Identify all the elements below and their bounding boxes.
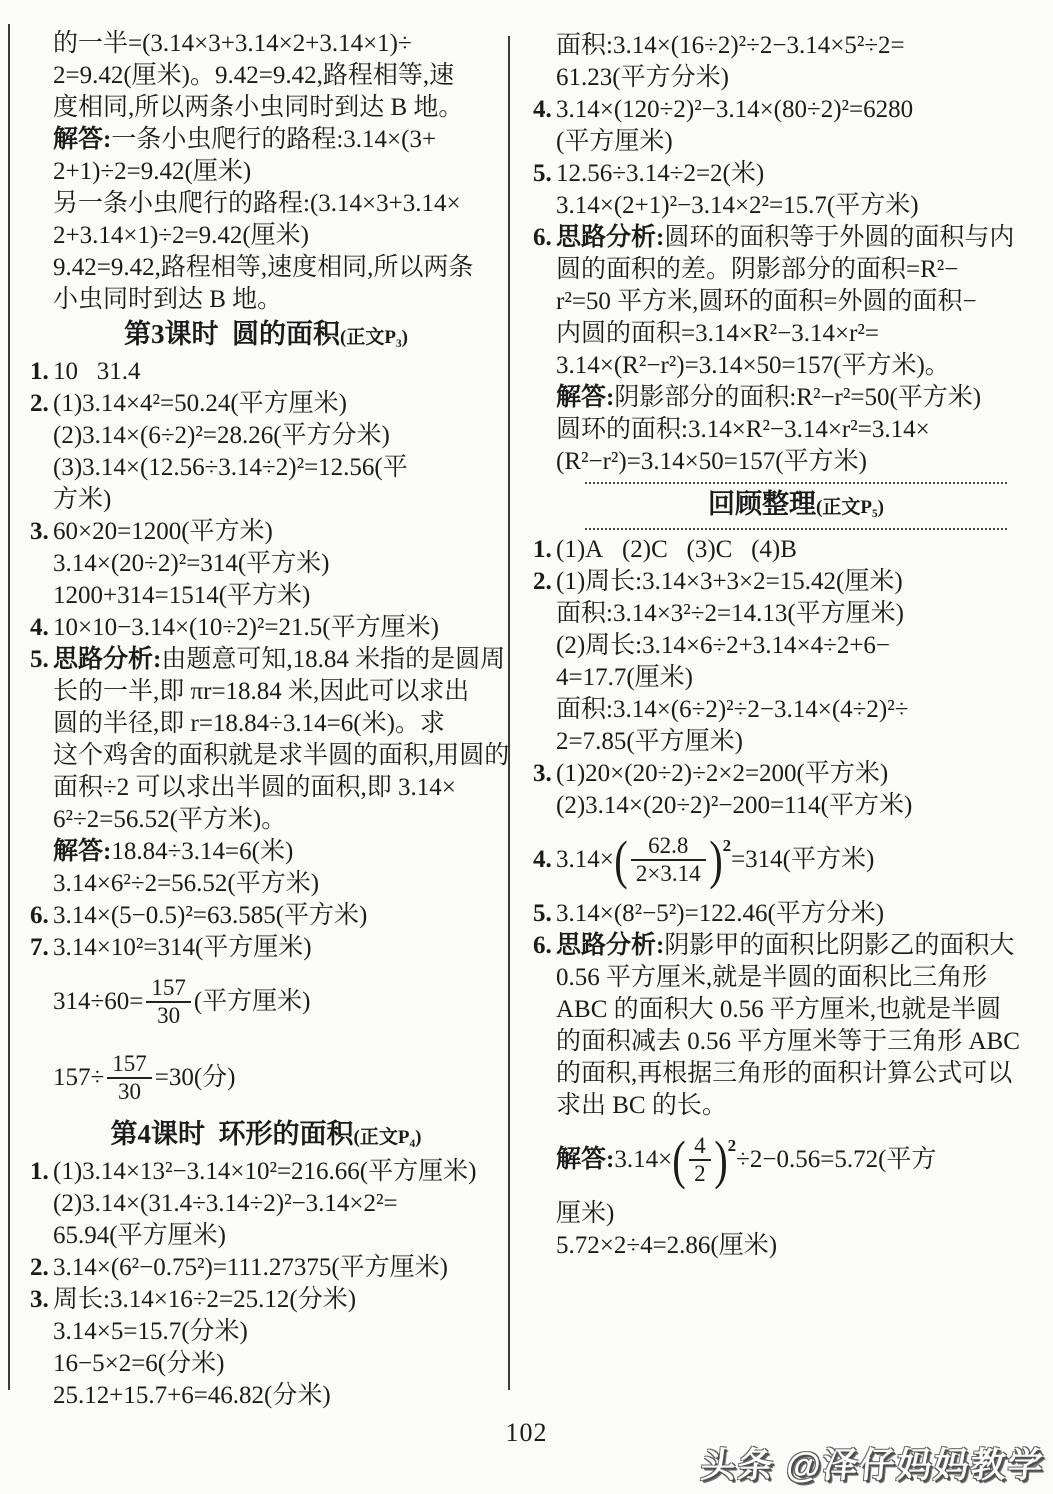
item-number: 4.	[30, 612, 53, 644]
text-run: 16−5×2=6(分米)	[53, 1350, 224, 1377]
text-run: 3.14×	[556, 844, 614, 876]
text-run: 2=7.85(平方厘米)	[556, 728, 743, 755]
answer-line: 解答:18.84÷3.14=6(米)	[30, 836, 502, 868]
section-header: 第4课时 环形的面积(正文P₄)	[30, 1116, 502, 1156]
answer-line: 3.周长:3.14×16÷2=25.12(分米)	[30, 1284, 502, 1316]
section-title: 第3课时 圆的面积	[124, 319, 340, 349]
text-run: 10×10−3.14×(10÷2)²=21.5(平方厘米)	[53, 614, 439, 641]
text-run: 面积÷2 可以求出半圆的面积,即 3.14×	[53, 774, 456, 801]
text-run: (平方厘米)	[194, 986, 311, 1018]
answer-line: 5.思路分析:由题意可知,18.84 米指的是圆周	[30, 644, 502, 676]
exponent: 2	[728, 1130, 737, 1162]
answer-line: 2+3.14×1)÷2=9.42(厘米)	[30, 220, 502, 252]
answer-line: 61.23(平方分米)	[533, 62, 1025, 94]
bold-label: 解答:	[53, 126, 111, 153]
text-run: (平方厘米)	[556, 128, 673, 155]
text-run: 面积:3.14×(16÷2)²÷2−3.14×5²÷2=	[556, 32, 905, 59]
answer-line: (R²−r²)=3.14×50=157(平方米)	[533, 446, 1025, 478]
answer-line: 2+1)÷2=9.42(厘米)	[30, 156, 502, 188]
text-run: =314(平方米)	[731, 844, 874, 876]
text-run: 3.14×(8²−5²)=122.46(平方分米)	[556, 900, 884, 927]
text-run: 长的一半,即 πr=18.84 米,因此可以求出	[53, 678, 469, 705]
text-run: 2+3.14×1)÷2=9.42(厘米)	[53, 222, 309, 249]
text-run: (3)3.14×(12.56÷3.14÷2)²=12.56(平	[53, 454, 408, 481]
text-run: 这个鸡舍的面积就是求半圆的面积,用圆的	[53, 742, 509, 769]
big-paren-left: (	[614, 833, 627, 887]
text-run: 3.14×6²÷2=56.52(平方米)	[53, 870, 319, 897]
text-run: 3.14×(5−0.5)²=63.585(平方米)	[53, 902, 367, 929]
text-run: 方米)	[53, 486, 111, 513]
text-run: 9.42=9.42,路程相等,速度相同,所以两条	[53, 254, 473, 281]
text-run: =30(分)	[155, 1062, 236, 1094]
fraction: 15730	[146, 975, 191, 1029]
answer-line: 3.14×(R²−r²)=3.14×50=157(平方米)。	[533, 350, 1025, 382]
answer-line: 长的一半,即 πr=18.84 米,因此可以求出	[30, 676, 502, 708]
text-run: 求出 BC 的长。	[556, 1092, 727, 1119]
answer-line: 6.思路分析:圆环的面积等于外圆的面积与内	[533, 222, 1025, 254]
big-paren-left: (	[672, 1133, 685, 1187]
section-page-ref: (正文P₃)	[340, 327, 408, 348]
text-run: 3.14×(20÷2)²=314(平方米)	[53, 550, 329, 577]
answer-line: 4=17.7(厘米)	[533, 662, 1025, 694]
answer-line: ABC 的面积大 0.56 平方厘米,也就是半圆	[533, 994, 1025, 1026]
bold-label: 解答:	[53, 838, 111, 865]
text-run: (2)3.14×(31.4÷3.14÷2)²−3.14×2²=	[53, 1190, 398, 1217]
text-run: (R²−r²)=3.14×50=157(平方米)	[556, 448, 867, 475]
text-run: 12.56÷3.14÷2=2(米)	[556, 160, 764, 187]
text-run: 0.56 平方厘米,就是半圆的面积比三角形	[556, 964, 987, 991]
text-run: 另一条小虫爬行的路程:(3.14×3+3.14×	[53, 190, 461, 217]
text-run: 1200+314=1514(平方米)	[53, 582, 310, 609]
answer-line: 4.3.14×(120÷2)²−3.14×(80÷2)²=6280	[533, 94, 1025, 126]
fraction-denominator: 30	[146, 1003, 191, 1029]
fraction-numerator: 4	[689, 1133, 711, 1161]
answer-line: 2.(1)3.14×4²=50.24(平方厘米)	[30, 388, 502, 420]
fraction: 42	[689, 1133, 711, 1187]
fraction: 15730	[107, 1051, 152, 1105]
answer-line: 5.3.14×(8²−5²)=122.46(平方分米)	[533, 898, 1025, 930]
text-run: 的面积,再根据三角形的面积计算公式可以	[556, 1060, 1012, 1087]
answer-line: (2)3.14×(6÷2)²=28.26(平方分米)	[30, 420, 502, 452]
item-number: 6.	[533, 222, 556, 254]
answer-line: (3)3.14×(12.56÷3.14÷2)²=12.56(平	[30, 452, 502, 484]
answer-line: 5.72×2÷4=2.86(厘米)	[533, 1230, 1025, 1262]
left-column: 的一半=(3.14×3+3.14×2+3.14×1)÷2=9.42(厘米)。9.…	[30, 28, 502, 1412]
text-run: ABC 的面积大 0.56 平方厘米,也就是半圆	[556, 996, 1001, 1023]
answer-line: 2=9.42(厘米)。9.42=9.42,路程相等,速	[30, 60, 502, 92]
answer-line: 面积÷2 可以求出半圆的面积,即 3.14×	[30, 772, 502, 804]
answer-line: 314÷60=15730(平方厘米)	[30, 964, 502, 1040]
text-run: 的一半=(3.14×3+3.14×2+3.14×1)÷	[53, 30, 412, 57]
item-number: 1.	[30, 1156, 53, 1188]
answer-line: 3.(1)20×(20÷2)÷2×2=200(平方米)	[533, 758, 1025, 790]
text-run: 由题意可知,18.84 米指的是圆周	[161, 646, 505, 673]
text-run: r²=50 平方米,圆环的面积=外圆的面积−	[556, 288, 977, 315]
answer-line: 方米)	[30, 484, 502, 516]
item-number: 3.	[533, 758, 556, 790]
exponent: 2	[723, 830, 732, 862]
section-page-ref: (正文P₄)	[354, 1127, 422, 1148]
answer-line: 6²÷2=56.52(平方米)。	[30, 804, 502, 836]
text-run: 阴影甲的面积比阴影乙的面积大	[664, 932, 1014, 959]
answer-line: 小虫同时到达 B 地。	[30, 284, 502, 316]
item-number: 1.	[30, 356, 53, 388]
section-header: 回顾整理(正文P₅)	[585, 482, 1007, 530]
section-header: 第3课时 圆的面积(正文P₃)	[30, 316, 502, 356]
text-run: 圆的半径,即 r=18.84÷3.14=6(米)。求	[53, 710, 445, 737]
text-run: 5.72×2÷4=2.86(厘米)	[556, 1232, 777, 1259]
text-run: (1)3.14×13²−3.14×10²=216.66(平方厘米)	[53, 1158, 476, 1185]
item-number: 5.	[533, 898, 556, 930]
fraction-numerator: 157	[146, 975, 191, 1003]
answer-line: 9.42=9.42,路程相等,速度相同,所以两条	[30, 252, 502, 284]
item-number: 4.	[533, 94, 556, 126]
answer-line: 4.10×10−3.14×(10÷2)²=21.5(平方厘米)	[30, 612, 502, 644]
fraction-numerator: 157	[107, 1051, 152, 1079]
text-run: 65.94(平方厘米)	[53, 1222, 226, 1249]
answer-line: 5.12.56÷3.14÷2=2(米)	[533, 158, 1025, 190]
answer-line: 圆的面积的差。阴影部分的面积=R²−	[533, 254, 1025, 286]
right-column: 面积:3.14×(16÷2)²÷2−3.14×5²÷2=61.23(平方分米)4…	[533, 30, 1025, 1262]
answer-line: 7.3.14×10²=314(平方厘米)	[30, 932, 502, 964]
answer-line: 面积:3.14×3²÷2=14.13(平方厘米)	[533, 598, 1025, 630]
bold-label: 解答:	[556, 1144, 614, 1176]
item-number: 2.	[533, 566, 556, 598]
text-run: 3.14×(120÷2)²−3.14×(80÷2)²=6280	[556, 96, 913, 123]
fraction-denominator: 2×3.14	[631, 861, 706, 887]
answer-line: 解答:一条小虫爬行的路程:3.14×(3+	[30, 124, 502, 156]
text-run: 3.14×5=15.7(分米)	[53, 1318, 248, 1345]
text-run: 3.14×(6²−0.75²)=111.27375(平方厘米)	[53, 1254, 448, 1281]
answer-line: 内圆的面积=3.14×R²−3.14×r²=	[533, 318, 1025, 350]
text-run: 3.14×10²=314(平方厘米)	[53, 934, 312, 961]
answer-line: 另一条小虫爬行的路程:(3.14×3+3.14×	[30, 188, 502, 220]
text-run: 圆环的面积:3.14×R²−3.14×r²=3.14×	[556, 416, 930, 443]
answer-line: 解答:3.14×(42)2÷2−0.56=5.72(平方	[533, 1122, 1025, 1198]
answer-line: (2)3.14×(20÷2)²−200=114(平方米)	[533, 790, 1025, 822]
text-run: (2)3.14×(20÷2)²−200=114(平方米)	[556, 792, 912, 819]
answer-line: 2=7.85(平方厘米)	[533, 726, 1025, 758]
text-run: 2+1)÷2=9.42(厘米)	[53, 158, 251, 185]
text-run: 圆环的面积等于外圆的面积与内	[664, 224, 1014, 251]
answer-line: 面积:3.14×(16÷2)²÷2−3.14×5²÷2=	[533, 30, 1025, 62]
answer-line: 3.14×6²÷2=56.52(平方米)	[30, 868, 502, 900]
text-run: (1)20×(20÷2)÷2×2=200(平方米)	[556, 760, 888, 787]
answer-line: 1200+314=1514(平方米)	[30, 580, 502, 612]
answer-line: 解答:阴影部分的面积:R²−r²=50(平方米)	[533, 382, 1025, 414]
item-number: 3.	[30, 1284, 53, 1316]
bold-label: 思路分析:	[556, 224, 664, 251]
big-paren-right: )	[714, 1133, 727, 1187]
answer-line: 3.14×5=15.7(分米)	[30, 1316, 502, 1348]
text-run: 2=9.42(厘米)。9.42=9.42,路程相等,速	[53, 62, 454, 89]
answer-line: 1.10 31.4	[30, 356, 502, 388]
answer-line: 1.(1)3.14×13²−3.14×10²=216.66(平方厘米)	[30, 1156, 502, 1188]
text-run: (1)A (2)C (3)C (4)B	[556, 536, 797, 563]
column-divider	[508, 36, 510, 1390]
text-run: 3.14×(2+1)²−3.14×2²=15.7(平方米)	[556, 192, 919, 219]
item-number: 3.	[30, 516, 53, 548]
text-run: 一条小虫爬行的路程:3.14×(3+	[111, 126, 436, 153]
answer-line: 0.56 平方厘米,就是半圆的面积比三角形	[533, 962, 1025, 994]
fraction-numerator: 62.8	[631, 833, 706, 861]
text-run: 157÷	[53, 1062, 104, 1094]
answer-line: 厘米)	[533, 1198, 1025, 1230]
answer-line: (平方厘米)	[533, 126, 1025, 158]
text-run: (1)周长:3.14×3+3×2=15.42(厘米)	[556, 568, 903, 595]
answer-line: 4.3.14×(62.82×3.14)2=314(平方米)	[533, 822, 1025, 898]
answer-line: 的面积,再根据三角形的面积计算公式可以	[533, 1058, 1025, 1090]
text-run: 度相同,所以两条小虫同时到达 B 地。	[53, 94, 463, 121]
answer-line: 3.14×(20÷2)²=314(平方米)	[30, 548, 502, 580]
item-number: 2.	[30, 1252, 53, 1284]
watermark: 头条 @泽仔妈妈教学	[699, 1438, 1047, 1488]
answer-line: 3.14×(2+1)²−3.14×2²=15.7(平方米)	[533, 190, 1025, 222]
fraction-denominator: 2	[689, 1161, 711, 1187]
text-run: 61.23(平方分米)	[556, 64, 729, 91]
answer-line: 面积:3.14×(6÷2)²÷2−3.14×(4÷2)²÷	[533, 694, 1025, 726]
answer-line: 2.3.14×(6²−0.75²)=111.27375(平方厘米)	[30, 1252, 502, 1284]
fraction: 62.82×3.14	[631, 833, 706, 887]
item-number: 5.	[533, 158, 556, 190]
text-run: 内圆的面积=3.14×R²−3.14×r²=	[556, 320, 879, 347]
answer-line: 157÷15730=30(分)	[30, 1040, 502, 1116]
bold-label: 解答:	[556, 384, 614, 411]
answer-line: 6.3.14×(5−0.5)²=63.585(平方米)	[30, 900, 502, 932]
text-run: 圆的面积的差。阴影部分的面积=R²−	[556, 256, 958, 283]
bold-label: 思路分析:	[53, 646, 161, 673]
text-run: 周长:3.14×16÷2=25.12(分米)	[53, 1286, 356, 1313]
answer-line: 圆的半径,即 r=18.84÷3.14=6(米)。求	[30, 708, 502, 740]
text-run: 3.14×(R²−r²)=3.14×50=157(平方米)。	[556, 352, 950, 379]
text-run: 面积:3.14×3²÷2=14.13(平方厘米)	[556, 600, 904, 627]
text-run: 6²÷2=56.52(平方米)。	[53, 806, 286, 833]
item-number: 7.	[30, 932, 53, 964]
answer-line: 的面积减去 0.56 平方厘米等于三角形 ABC	[533, 1026, 1025, 1058]
item-number: 2.	[30, 388, 53, 420]
text-run: 小虫同时到达 B 地。	[53, 286, 282, 313]
text-run: 25.12+15.7+6=46.82(分米)	[53, 1382, 331, 1409]
text-run: (2)3.14×(6÷2)²=28.26(平方分米)	[53, 422, 390, 449]
text-run: 3.14×	[614, 1144, 672, 1176]
text-run: 阴影部分的面积:R²−r²=50(平方米)	[614, 384, 981, 411]
text-run: 的面积减去 0.56 平方厘米等于三角形 ABC	[556, 1028, 1020, 1055]
answer-line: 这个鸡舍的面积就是求半圆的面积,用圆的	[30, 740, 502, 772]
answer-line: 2.(1)周长:3.14×3+3×2=15.42(厘米)	[533, 566, 1025, 598]
fraction-denominator: 30	[107, 1079, 152, 1105]
section-title: 第4课时 环形的面积	[111, 1119, 354, 1149]
answer-line: 的一半=(3.14×3+3.14×2+3.14×1)÷	[30, 28, 502, 60]
text-run: ÷2−0.56=5.72(平方	[736, 1144, 936, 1176]
item-number: 5.	[30, 644, 53, 676]
section-title: 回顾整理	[708, 489, 816, 519]
answer-line: (2)周长:3.14×6÷2+3.14×4÷2+6−	[533, 630, 1025, 662]
answer-line: 圆环的面积:3.14×R²−3.14×r²=3.14×	[533, 414, 1025, 446]
text-run: 厘米)	[556, 1200, 614, 1227]
text-run: (1)3.14×4²=50.24(平方厘米)	[53, 390, 347, 417]
text-run: 314÷60=	[53, 986, 143, 1018]
text-run: (2)周长:3.14×6÷2+3.14×4÷2+6−	[556, 632, 890, 659]
text-run: 10 31.4	[53, 358, 141, 385]
answer-line: 度相同,所以两条小虫同时到达 B 地。	[30, 92, 502, 124]
item-number: 4.	[533, 844, 556, 876]
answer-line: 6.思路分析:阴影甲的面积比阴影乙的面积大	[533, 930, 1025, 962]
page-border-left	[8, 24, 10, 1390]
answer-line: 求出 BC 的长。	[533, 1090, 1025, 1122]
text-run: 60×20=1200(平方米)	[53, 518, 273, 545]
answer-line: 16−5×2=6(分米)	[30, 1348, 502, 1380]
item-number: 6.	[533, 930, 556, 962]
answer-line: 1.(1)A (2)C (3)C (4)B	[533, 534, 1025, 566]
answer-line: 25.12+15.7+6=46.82(分米)	[30, 1380, 502, 1412]
section-page-ref: (正文P₅)	[816, 497, 884, 518]
answer-line: (2)3.14×(31.4÷3.14÷2)²−3.14×2²=	[30, 1188, 502, 1220]
text-run: 4=17.7(厘米)	[556, 664, 693, 691]
big-paren-right: )	[709, 833, 722, 887]
item-number: 6.	[30, 900, 53, 932]
text-run: 18.84÷3.14=6(米)	[111, 838, 293, 865]
answer-line: 65.94(平方厘米)	[30, 1220, 502, 1252]
answer-line: 3.60×20=1200(平方米)	[30, 516, 502, 548]
item-number: 1.	[533, 534, 556, 566]
bold-label: 思路分析:	[556, 932, 664, 959]
text-run: 面积:3.14×(6÷2)²÷2−3.14×(4÷2)²÷	[556, 696, 908, 723]
answer-line: r²=50 平方米,圆环的面积=外圆的面积−	[533, 286, 1025, 318]
